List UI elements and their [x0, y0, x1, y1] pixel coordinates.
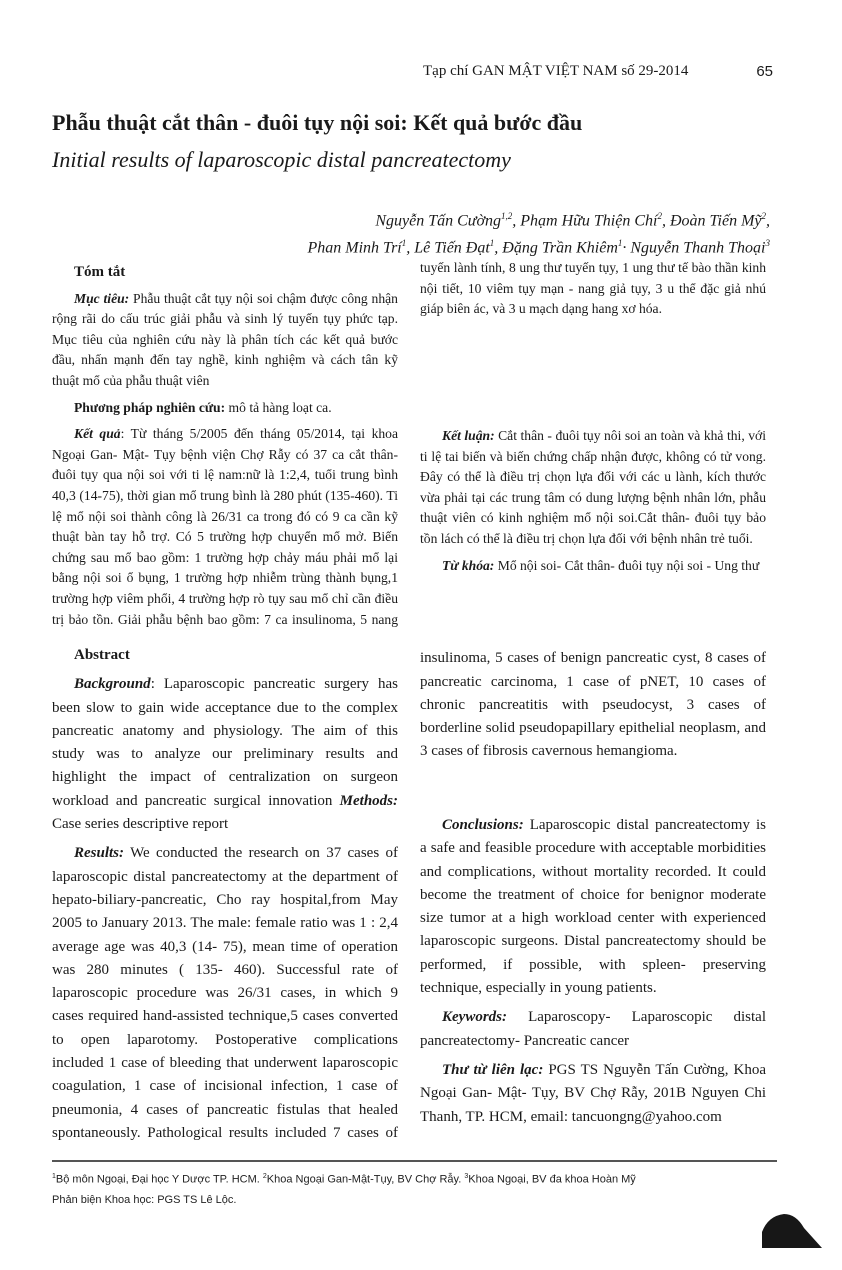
label-contact: Thư từ liên lạc: — [442, 1062, 543, 1078]
author-name: Đặng Trần Khiêm — [502, 240, 618, 257]
footnotes: 1Bộ môn Ngoại, Đại học Y Dược TP. HCM. 2… — [52, 1167, 782, 1210]
author-name: Phan Minh Trí — [308, 240, 402, 257]
label-ket-luan: Kết luận: — [442, 428, 495, 443]
label-conclusions: Conclusions: — [442, 817, 524, 833]
author-name: Nguyễn Thanh Thoại — [630, 240, 765, 257]
paragraph-contact: Thư từ liên lạc: PGS TS Nguyễn Tấn Cường… — [420, 1059, 766, 1129]
reviewer-note: Phản biện Khoa học: PGS TS Lê Lộc. — [52, 1190, 782, 1210]
affiliation-2: Khoa Ngoại Gan-Mật-Tụy, BV Chợ Rẫy. — [267, 1174, 465, 1186]
label-methods: Methods: — [340, 793, 398, 809]
label-ket-qua: Kết quả — [74, 426, 121, 441]
author-separator: , — [766, 212, 770, 229]
paragraph-results: Results: We conducted the research on 37… — [420, 646, 766, 764]
author-affiliation: 3 — [766, 238, 771, 248]
text-conclusions: Laparoscopic distal pancreatectomy is a … — [420, 817, 766, 996]
footnote-divider — [52, 1160, 777, 1162]
text-ket-qua: : Từ tháng 5/2005 đến tháng 05/2014, tại… — [420, 262, 766, 316]
paragraph-phuong-phap: Phương pháp nghiên cứu: mô tả hàng loạt … — [52, 398, 398, 419]
paragraph-keywords: Keywords: Laparoscopy- Laparoscopic dist… — [420, 1006, 766, 1053]
author-name: Nguyễn Tấn Cường — [375, 212, 501, 229]
title-english: Initial results of laparoscopic distal p… — [52, 147, 511, 173]
affiliations: 1Bộ môn Ngoại, Đại học Y Dược TP. HCM. 2… — [52, 1167, 782, 1190]
paragraph-conclusions: Conclusions: Laparoscopic distal pancrea… — [420, 814, 766, 1000]
paragraph-muc-tieu: Mục tiêu: Phẫu thuật cắt tụy nội soi chậ… — [52, 289, 398, 392]
column-continuation: Tóm tắt Mục tiêu: Phẫu thuật cắt tụy nội… — [420, 262, 766, 326]
paragraph-background: Background: Laparoscopic pancreatic surg… — [52, 673, 398, 836]
english-abstract-col-1: Abstract Background: Laparoscopic pancre… — [52, 644, 398, 1144]
page-number: 65 — [756, 63, 773, 80]
paragraph-ket-luan: Kết luận: Cắt thân - đuôi tụy nôi soi an… — [420, 426, 766, 550]
column-continuation: Abstract Background: Laparoscopic pancre… — [420, 646, 766, 770]
label-results: Results: — [74, 845, 124, 861]
paragraph-results: Results: We conducted the research on 37… — [52, 842, 398, 1144]
affiliation-3: Khoa Ngoại, BV đa khoa Hoàn Mỹ — [468, 1174, 636, 1186]
author-name: Lê Tiến Đạt — [414, 240, 490, 257]
paragraph-ket-qua: Kết quả: Từ tháng 5/2005 đến tháng 05/20… — [52, 424, 398, 634]
paragraph-ket-qua: Kết quả: Từ tháng 5/2005 đến tháng 05/20… — [420, 262, 766, 320]
ket-qua-continuation: Tóm tắt Mục tiêu: Phẫu thuật cắt tụy nội… — [420, 262, 766, 426]
vietnamese-summary-col-2: Tóm tắt Mục tiêu: Phẫu thuật cắt tụy nội… — [420, 262, 766, 582]
paragraph-tu-khoa: Từ khóa: Mổ nội soi- Cắt thân- đuôi tụy … — [420, 556, 766, 577]
author-line-1: Nguyễn Tấn Cường1,2, Phạm Hữu Thiện Chí2… — [308, 205, 771, 232]
label-background: Background — [74, 676, 151, 692]
affiliation-1: Bộ môn Ngoại, Đại học Y Dược TP. HCM. — [56, 1174, 263, 1186]
text-methods: Case series descriptive report — [52, 816, 228, 832]
author-affiliation: 1,2 — [501, 211, 512, 221]
running-header: Tạp chí GAN MẬT VIỆT NAM số 29-2014 65 — [423, 63, 773, 80]
label-muc-tieu: Mục tiêu: — [74, 291, 129, 306]
text-results: We conducted the research on 37 cases of… — [420, 646, 766, 759]
author-list: Nguyễn Tấn Cường1,2, Phạm Hữu Thiện Chí2… — [308, 205, 771, 260]
journal-name: Tạp chí GAN MẬT VIỆT NAM số 29-2014 — [423, 63, 688, 80]
title-vietnamese: Phẫu thuật cắt thân - đuôi tụy nội soi: … — [52, 110, 582, 136]
author-separator: , — [662, 212, 670, 229]
author-line-2: Phan Minh Trí1, Lê Tiến Đạt1, Đặng Trần … — [308, 232, 771, 259]
author-name: Đoàn Tiến Mỹ — [670, 212, 762, 229]
text-results: We conducted the research on 37 cases of… — [52, 845, 398, 1144]
label-phuong-phap: Phương pháp nghiên cứu: — [74, 400, 225, 415]
text-tu-khoa: Mổ nội soi- Cắt thân- đuôi tụy nội soi -… — [494, 558, 759, 573]
text-ket-qua: : Từ tháng 5/2005 đến tháng 05/2014, tại… — [52, 426, 398, 634]
results-continuation: Abstract Background: Laparoscopic pancre… — [420, 646, 766, 808]
section-heading-tom-tat: Tóm tắt — [74, 262, 398, 283]
label-keywords: Keywords: — [442, 1009, 507, 1025]
vietnamese-summary-col-1: Tóm tắt Mục tiêu: Phẫu thuật cắt tụy nội… — [52, 262, 398, 634]
section-heading-abstract: Abstract — [74, 644, 398, 667]
text-ket-luan: Cắt thân - đuôi tụy nôi soi an toàn và k… — [420, 428, 766, 546]
author-name: Phạm Hữu Thiện Chí — [520, 212, 657, 229]
text-background: : Laparoscopic pancreatic surgery has be… — [52, 676, 398, 808]
label-tu-khoa: Từ khóa: — [442, 558, 494, 573]
english-abstract-col-2: Abstract Background: Laparoscopic pancre… — [420, 646, 766, 1135]
text-phuong-phap: mô tả hàng loạt ca. — [225, 400, 331, 415]
page-corner-mark-icon — [762, 1214, 822, 1248]
